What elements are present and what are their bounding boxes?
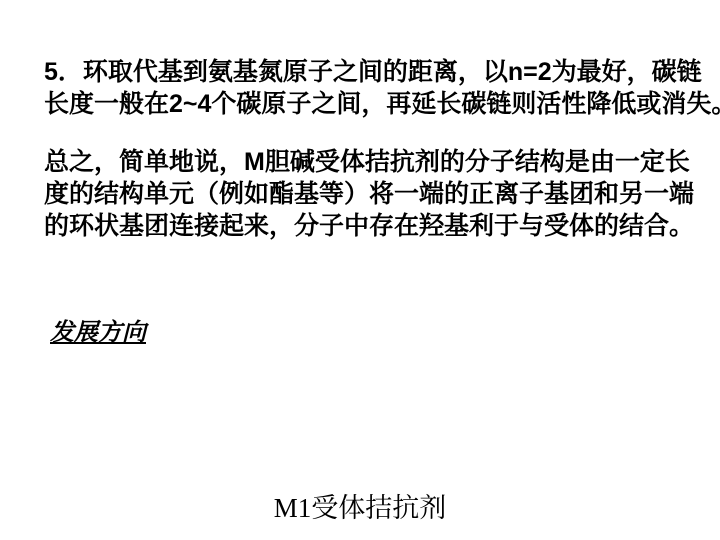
paragraph-point5-line1: 5．环取代基到氨基氮原子之间的距离，以n=2为最好，碳链: [44, 56, 720, 88]
paragraph-point5-line2: 长度一般在2~4个碳原子之间，再延长碳链则活性降低或消失。: [44, 88, 720, 120]
paragraph-summary-line2: 度的结构单元（例如酯基等）将一端的正离子基团和另一端: [44, 178, 694, 210]
paragraph-summary-line1: 总之，简单地说，M胆碱受体拮抗剂的分子结构是由一定长: [44, 146, 694, 178]
development-direction-heading: 发展方向: [50, 312, 146, 347]
paragraph-summary-line3: 的环状基团连接起来，分子中存在羟基利于与受体的结合。: [44, 210, 694, 242]
paragraph-point5: 5．环取代基到氨基氮原子之间的距离，以n=2为最好，碳链 长度一般在2~4个碳原…: [44, 56, 720, 120]
footer-title-m1-antagonist: M1受体拮抗剂: [0, 486, 720, 525]
paragraph-summary: 总之，简单地说，M胆碱受体拮抗剂的分子结构是由一定长 度的结构单元（例如酯基等）…: [44, 146, 694, 242]
slide-canvas: 5．环取代基到氨基氮原子之间的距离，以n=2为最好，碳链 长度一般在2~4个碳原…: [0, 0, 720, 540]
